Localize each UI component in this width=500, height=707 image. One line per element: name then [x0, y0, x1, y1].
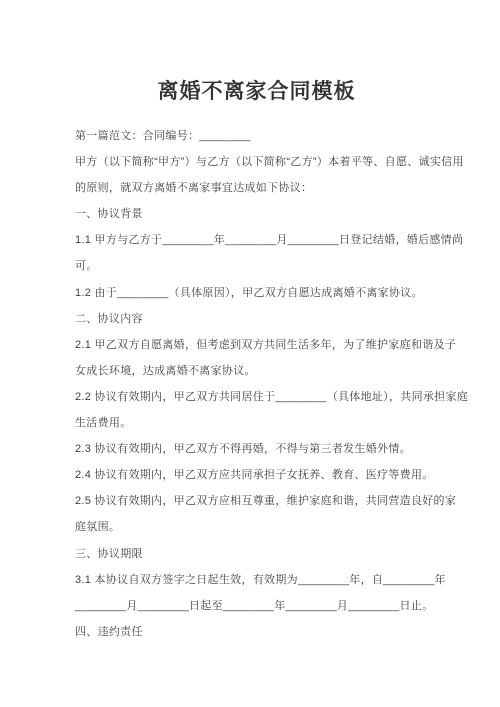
document-clause-2-2-a: 2.2 协议有效期内，甲乙双方共同居住于________（具体地址），共同承担家…: [75, 384, 440, 410]
document-page: 离婚不离家合同模板 第一篇范文：合同编号：________ 甲方（以下简称“甲方…: [0, 0, 500, 707]
document-clause-3-1-b: ________月________日起至________年________月__…: [75, 593, 440, 619]
document-clause-2-4: 2.4 协议有效期内，甲乙双方应共同承担子女抚养、教育、医疗等费用。: [75, 462, 440, 488]
document-line-preamble-1: 甲方（以下简称“甲方”）与乙方（以下简称“乙方”）本着平等、自愿、诚实信用: [75, 149, 440, 175]
document-section-1-heading: 一、协议背景: [75, 201, 440, 227]
document-clause-1-1-a: 1.1 甲方与乙方于________年________月________日登记结…: [75, 227, 440, 253]
document-body: 第一篇范文：合同编号：________ 甲方（以下简称“甲方”）与乙方（以下简称…: [75, 123, 440, 645]
document-clause-2-3: 2.3 协议有效期内，甲乙双方不得再婚，不得与第三者发生婚外情。: [75, 436, 440, 462]
document-line-intro-label: 第一篇范文：合同编号：________: [75, 123, 440, 149]
document-clause-2-5-b: 庭氛围。: [75, 514, 440, 540]
document-clause-3-1-a: 3.1 本协议自双方签字之日起生效，有效期为________年，自_______…: [75, 567, 440, 593]
document-title: 离婚不离家合同模板: [75, 77, 438, 107]
document-clause-2-1-a: 2.1 甲乙双方自愿离婚，但考虑到双方共同生活多年，为了维护家庭和谐及子: [75, 332, 440, 358]
document-section-4-heading: 四、违约责任: [75, 619, 440, 645]
document-section-2-heading: 二、协议内容: [75, 306, 440, 332]
document-clause-2-5-a: 2.5 协议有效期内，甲乙双方应相互尊重，维护家庭和谐，共同营造良好的家: [75, 488, 440, 514]
document-clause-1-2: 1.2 由于________（具体原因），甲乙双方自愿达成离婚不离家协议。: [75, 280, 440, 306]
document-clause-2-2-b: 生活费用。: [75, 410, 440, 436]
document-section-3-heading: 三、协议期限: [75, 541, 440, 567]
document-clause-2-1-b: 女成长环境，达成离婚不离家协议。: [75, 358, 440, 384]
document-line-preamble-2: 的原则，就双方离婚不离家事宜达成如下协议：: [75, 175, 440, 201]
document-clause-1-1-b: 可。: [75, 253, 440, 279]
